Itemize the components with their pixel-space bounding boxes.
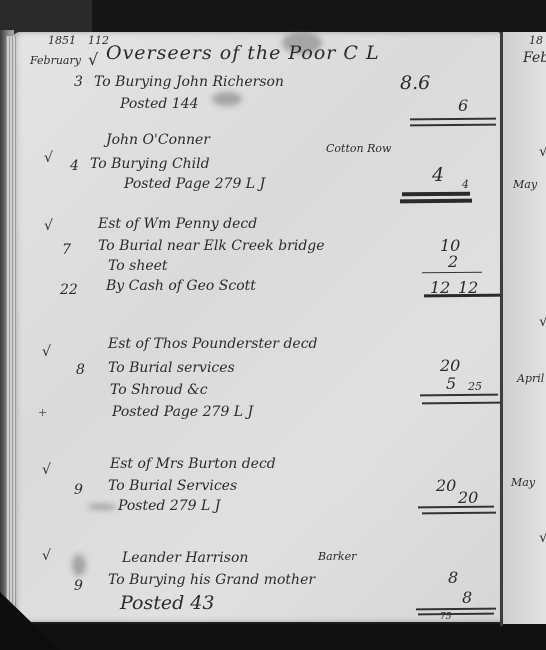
scanner-background-bottom	[0, 624, 546, 650]
entry-line: Posted Page 279 L J	[112, 404, 253, 420]
entry-amount: 5	[446, 374, 456, 393]
entry-day: 8	[76, 362, 85, 378]
entry-note: Cotton Row	[326, 142, 391, 155]
check-mark: √	[88, 50, 98, 69]
ledger-page-left: 1851 112 February √ Overseers of the Poo…	[12, 32, 500, 622]
entry-total: 20	[458, 488, 478, 507]
total-rule	[422, 402, 500, 405]
entry-day: 9	[74, 578, 83, 594]
total-rule	[410, 124, 496, 127]
entry-line: Posted 43	[120, 592, 214, 614]
right-page-month: May	[513, 178, 537, 191]
entry-amount: 20	[440, 356, 460, 375]
entry-line: Posted 279 L J	[118, 498, 220, 514]
entry-name: John O'Conner	[106, 132, 210, 148]
entry-name: Leander Harrison	[122, 550, 248, 566]
entry-day: 3	[74, 74, 83, 90]
entry-line: Posted Page 279 L J	[124, 176, 265, 192]
entry-note: Barker	[318, 550, 356, 563]
entry-amount: 2	[448, 252, 458, 271]
check-mark: √	[42, 462, 51, 478]
ink-stain	[212, 92, 242, 106]
ledger-month: February	[30, 54, 81, 67]
entry-day: 22	[60, 282, 78, 298]
entry-total: 6	[458, 96, 468, 115]
entry-name: Est of Wm Penny decd	[98, 216, 257, 232]
page-edges	[6, 36, 16, 626]
check-mark: √	[42, 548, 51, 564]
ledger-year: 1851	[48, 34, 76, 47]
ink-stain	[72, 554, 86, 576]
footer-note: 75	[440, 612, 451, 622]
check-mark: √	[539, 530, 546, 546]
entry-name: Est of Mrs Burton decd	[110, 456, 276, 472]
total-rule	[400, 199, 472, 204]
entry-line: By Cash of Geo Scott	[106, 278, 256, 294]
entry-amount: 4	[432, 164, 444, 186]
entry-total: 4	[462, 178, 469, 191]
total-rule	[402, 192, 470, 197]
entry-day: 7	[62, 242, 71, 258]
subtotal-rule	[422, 272, 482, 274]
entry-line: To Burying his Grand mother	[108, 572, 315, 588]
entry-line: Posted 144	[120, 96, 199, 112]
right-page-month: Feb	[523, 50, 546, 66]
entry-amount: 8	[448, 568, 458, 587]
entry-name: Est of Thos Pounderster decd	[108, 336, 318, 352]
entry-line: To Burial near Elk Creek bridge	[98, 238, 325, 254]
entry-line: To Shroud &c	[110, 382, 208, 398]
check-mark: √	[44, 150, 53, 166]
margin-mark: +	[38, 406, 47, 419]
entry-line: To Burial services	[108, 360, 235, 376]
check-mark: √	[44, 218, 53, 234]
right-page-year: 18	[529, 34, 543, 47]
entry-day: 9	[74, 482, 83, 498]
right-page-month: May	[511, 476, 535, 489]
total-rule	[416, 608, 496, 611]
page-corner-shadow	[0, 592, 60, 650]
entry-amount: 8.6	[400, 72, 430, 94]
ledger-page-right: 18 Feb √ May √ April May √	[503, 32, 546, 624]
entry-line: To Burial Services	[108, 478, 237, 494]
entry-day: 4	[70, 158, 79, 174]
total-rule	[424, 294, 504, 298]
right-page-month: April	[517, 372, 544, 385]
total-rule	[422, 512, 496, 515]
total-rule	[410, 118, 496, 121]
total-rule	[418, 506, 494, 509]
check-mark: √	[539, 314, 546, 330]
entry-line: To Burying Child	[90, 156, 210, 172]
total-rule	[418, 613, 494, 616]
check-mark: √	[42, 344, 51, 360]
total-rule	[420, 394, 498, 397]
ink-stain	[87, 504, 117, 510]
entry-line: To Burying John Richerson	[94, 74, 284, 90]
entry-amount: 20	[436, 476, 456, 495]
entry-total: 25	[468, 380, 482, 393]
entry-line: To sheet	[108, 258, 168, 274]
account-title: Overseers of the Poor C L	[106, 42, 380, 64]
entry-total: 8	[462, 588, 472, 607]
check-mark: √	[539, 144, 546, 160]
